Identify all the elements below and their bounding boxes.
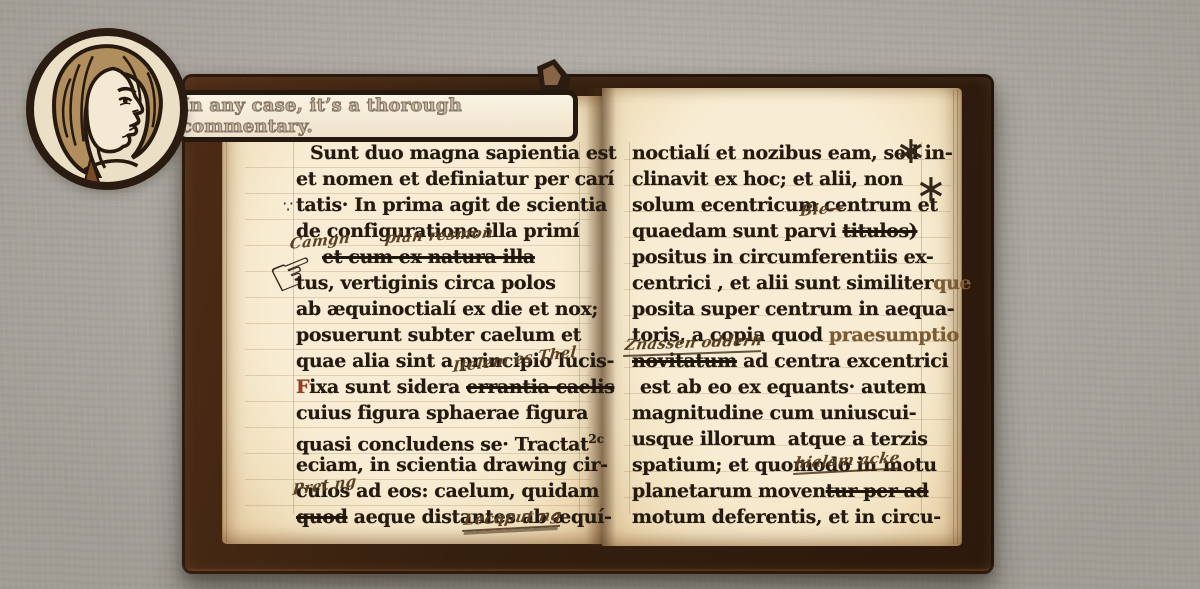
game-scene: Sunt duo magna sapientia estet nomen et … — [0, 0, 1200, 589]
manuscript-line: magnitudine cum uniuscui- — [632, 400, 936, 426]
manuscript-line: Sunt duo magna sapientia est — [296, 140, 590, 166]
manuscript-line: cuius figura sphaerae figura — [296, 400, 590, 426]
speaker-portrait — [26, 28, 188, 190]
left-page-text: Sunt duo magna sapientia estet nomen et … — [296, 140, 590, 530]
speech-bubble[interactable]: In any case, it’s a thorough commentary. — [176, 90, 578, 142]
manuscript-line: quaedam sunt parvi titulos) — [632, 218, 936, 244]
manuscript-line: centrici , et alii sunt similiterque — [632, 270, 936, 296]
manuscript-line: planetarum moventur per ad — [632, 478, 936, 504]
manuscript-line: tus, vertiginis circa polos — [296, 270, 590, 296]
manuscript-line: positus in circumferentiis ex- — [632, 244, 936, 270]
dialogue-text: In any case, it’s a thorough commentary. — [181, 95, 573, 137]
manuscript-line: posuerunt subter caelum et — [296, 322, 590, 348]
manuscript-line: motum deferentis, et in circu- — [632, 504, 936, 530]
person-profile-icon — [34, 36, 180, 182]
manuscript-line: noctialí et nozibus eam, sed in- — [632, 140, 936, 166]
manuscript-line: et nomen et definiatur per carí — [296, 166, 590, 192]
manuscript-line: clinavit ex hoc; et alii, non — [632, 166, 936, 192]
manuscript-line: solum ecentricum centrum et — [632, 192, 936, 218]
manuscript-line: Fixa sunt sidera errantia caelis — [296, 374, 590, 400]
manuscript-line: ab æquinoctialí ex die et nox; — [296, 296, 590, 322]
manuscript-line: quasi concludens se· Tractat2c — [296, 426, 590, 452]
manuscript-line: est ab eo ex equants· autem — [632, 374, 936, 400]
manuscript-line: et cum ex natura illa — [296, 244, 590, 270]
manuscript-line: posita super centrum in aequa- — [632, 296, 936, 322]
manuscript-line: tatis· In prima agit de scientia — [296, 192, 590, 218]
